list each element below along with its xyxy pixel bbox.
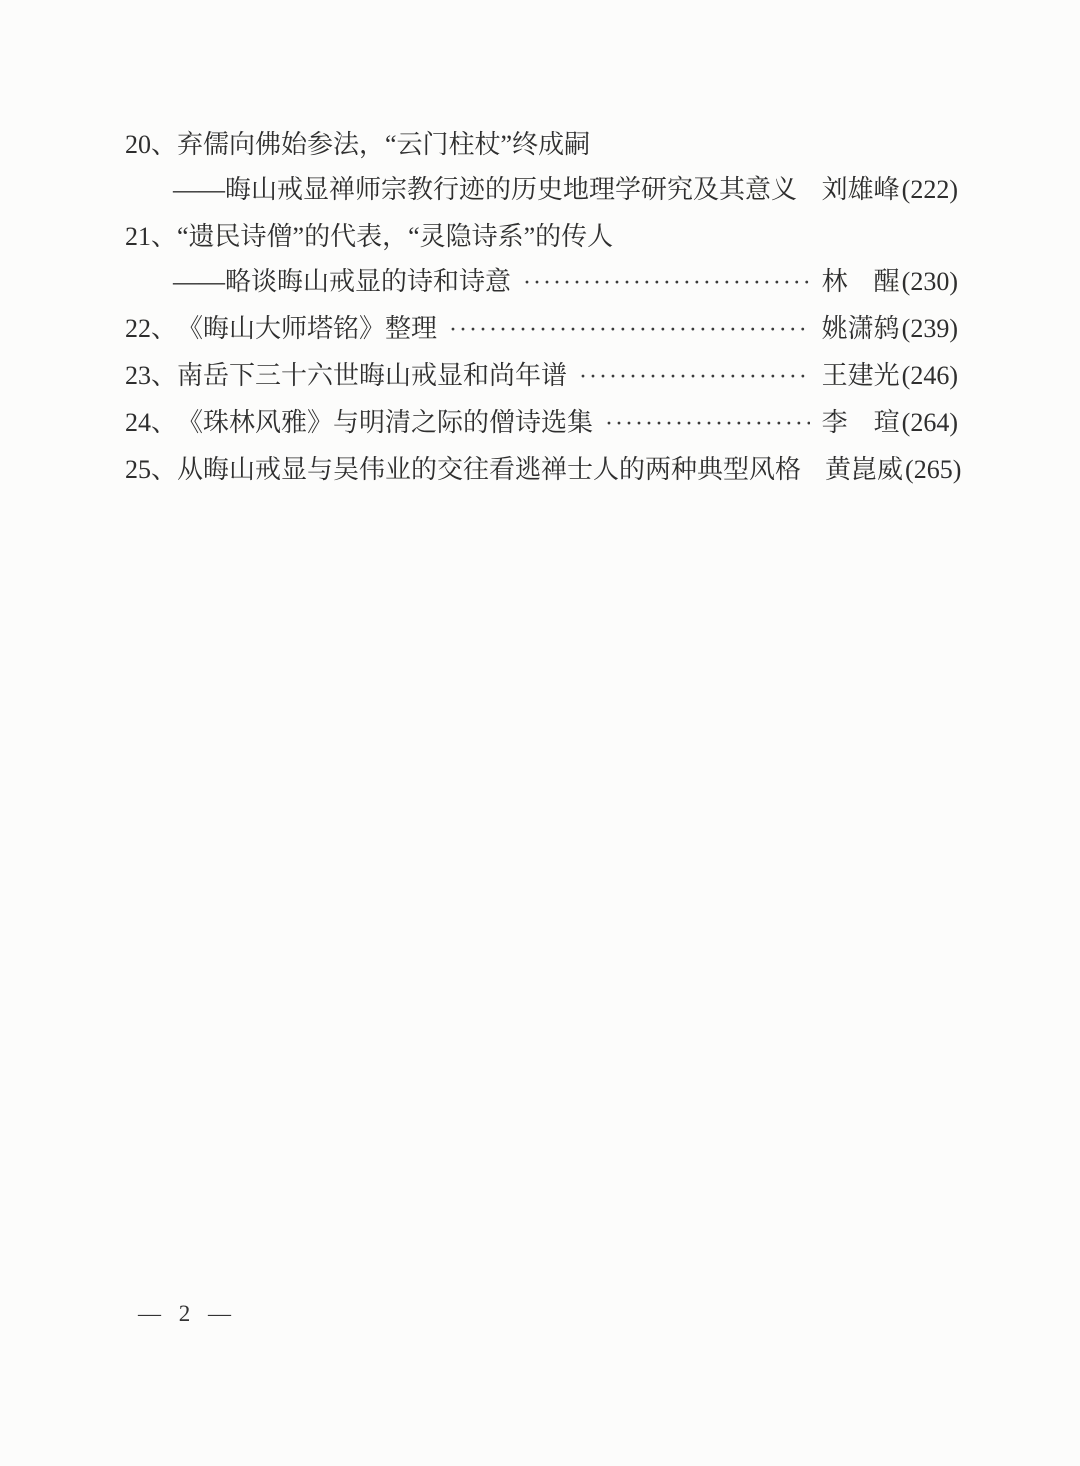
toc-entry-title-line: 24、 《珠林风雅》与明清之际的僧诗选集 ···················… xyxy=(125,400,958,447)
toc-entry-page: (239) xyxy=(900,306,958,351)
toc-entry-number: 24、 xyxy=(125,400,177,445)
toc-entry-title: 南岳下三十六世晦山戒显和尚年谱 xyxy=(177,353,567,398)
dot-leader: ········································… xyxy=(449,308,810,353)
toc-entry-title: 从晦山戒显与吴伟业的交往看逃禅士人的两种典型风格 xyxy=(177,447,801,492)
dot-leader: ········································… xyxy=(523,261,810,306)
toc-entry-subtitle-line: ——略谈晦山戒显的诗和诗意 ··························… xyxy=(125,259,958,306)
toc-entry: 25、 从晦山戒显与吴伟业的交往看逃禅士人的两种典型风格 ···········… xyxy=(125,447,958,494)
page-number-footer: — 2 — xyxy=(138,1301,233,1327)
toc-entry-title: 《珠林风雅》与明清之际的僧诗选集 xyxy=(177,400,593,445)
toc-entry-page: (230) xyxy=(900,259,958,304)
toc-entry-title-line: 22、 《晦山大师塔铭》整理 ·························… xyxy=(125,306,958,353)
table-of-contents: 20、 弃儒向佛始参法，“云门柱杖”终成嗣 ——晦山戒显禅师宗教行迹的历史地理学… xyxy=(125,122,958,494)
toc-entry: 24、 《珠林风雅》与明清之际的僧诗选集 ···················… xyxy=(125,400,958,447)
toc-entry-number: 21、 xyxy=(125,214,177,259)
toc-entry: 22、 《晦山大师塔铭》整理 ·························… xyxy=(125,306,958,353)
toc-entry-page: (264) xyxy=(900,400,958,445)
toc-entry-title: 弃儒向佛始参法，“云门柱杖”终成嗣 xyxy=(177,122,590,167)
dot-leader: ········································… xyxy=(579,355,810,400)
toc-entry-page: (222) xyxy=(900,167,958,212)
toc-entry-subtitle: ——晦山戒显禅师宗教行迹的历史地理学研究及其意义 xyxy=(173,167,797,212)
toc-entry-number: 23、 xyxy=(125,353,177,398)
toc-entry: 23、 南岳下三十六世晦山戒显和尚年谱 ····················… xyxy=(125,353,958,400)
toc-entry-number: 22、 xyxy=(125,306,177,351)
dot-leader: ········································… xyxy=(809,169,810,214)
toc-entry-title-line: 21、 “遗民诗僧”的代表，“灵隐诗系”的传人 xyxy=(125,214,958,259)
toc-entry: 21、 “遗民诗僧”的代表，“灵隐诗系”的传人 ——略谈晦山戒显的诗和诗意 ··… xyxy=(125,214,958,306)
toc-entry-title-line: 25、 从晦山戒显与吴伟业的交往看逃禅士人的两种典型风格 ···········… xyxy=(125,447,958,494)
toc-entry-author: 黄崑威 xyxy=(825,447,903,492)
dot-leader: ········································… xyxy=(605,402,810,447)
toc-entry-page: (246) xyxy=(900,353,958,398)
toc-entry: 20、 弃儒向佛始参法，“云门柱杖”终成嗣 ——晦山戒显禅师宗教行迹的历史地理学… xyxy=(125,122,958,214)
toc-entry-number: 20、 xyxy=(125,122,177,167)
toc-entry-title: “遗民诗僧”的代表，“灵隐诗系”的传人 xyxy=(177,214,613,259)
toc-entry-title: 《晦山大师塔铭》整理 xyxy=(177,306,437,351)
toc-entry-subtitle-line: ——晦山戒显禅师宗教行迹的历史地理学研究及其意义 ···············… xyxy=(125,167,958,214)
toc-entry-title-line: 20、 弃儒向佛始参法，“云门柱杖”终成嗣 xyxy=(125,122,958,167)
toc-entry-author: 林 醒 xyxy=(822,259,900,304)
toc-entry-subtitle: ——略谈晦山戒显的诗和诗意 xyxy=(173,259,511,304)
toc-entry-number: 25、 xyxy=(125,447,177,492)
toc-entry-author: 姚潇鸫 xyxy=(822,306,900,351)
toc-entry-author: 李 瑄 xyxy=(822,400,900,445)
toc-entry-title-line: 23、 南岳下三十六世晦山戒显和尚年谱 ····················… xyxy=(125,353,958,400)
document-page: 20、 弃儒向佛始参法，“云门柱杖”终成嗣 ——晦山戒显禅师宗教行迹的历史地理学… xyxy=(0,0,1080,1466)
toc-entry-page: (265) xyxy=(903,447,961,492)
toc-entry-author: 王建光 xyxy=(822,353,900,398)
toc-entry-author: 刘雄峰 xyxy=(822,167,900,212)
